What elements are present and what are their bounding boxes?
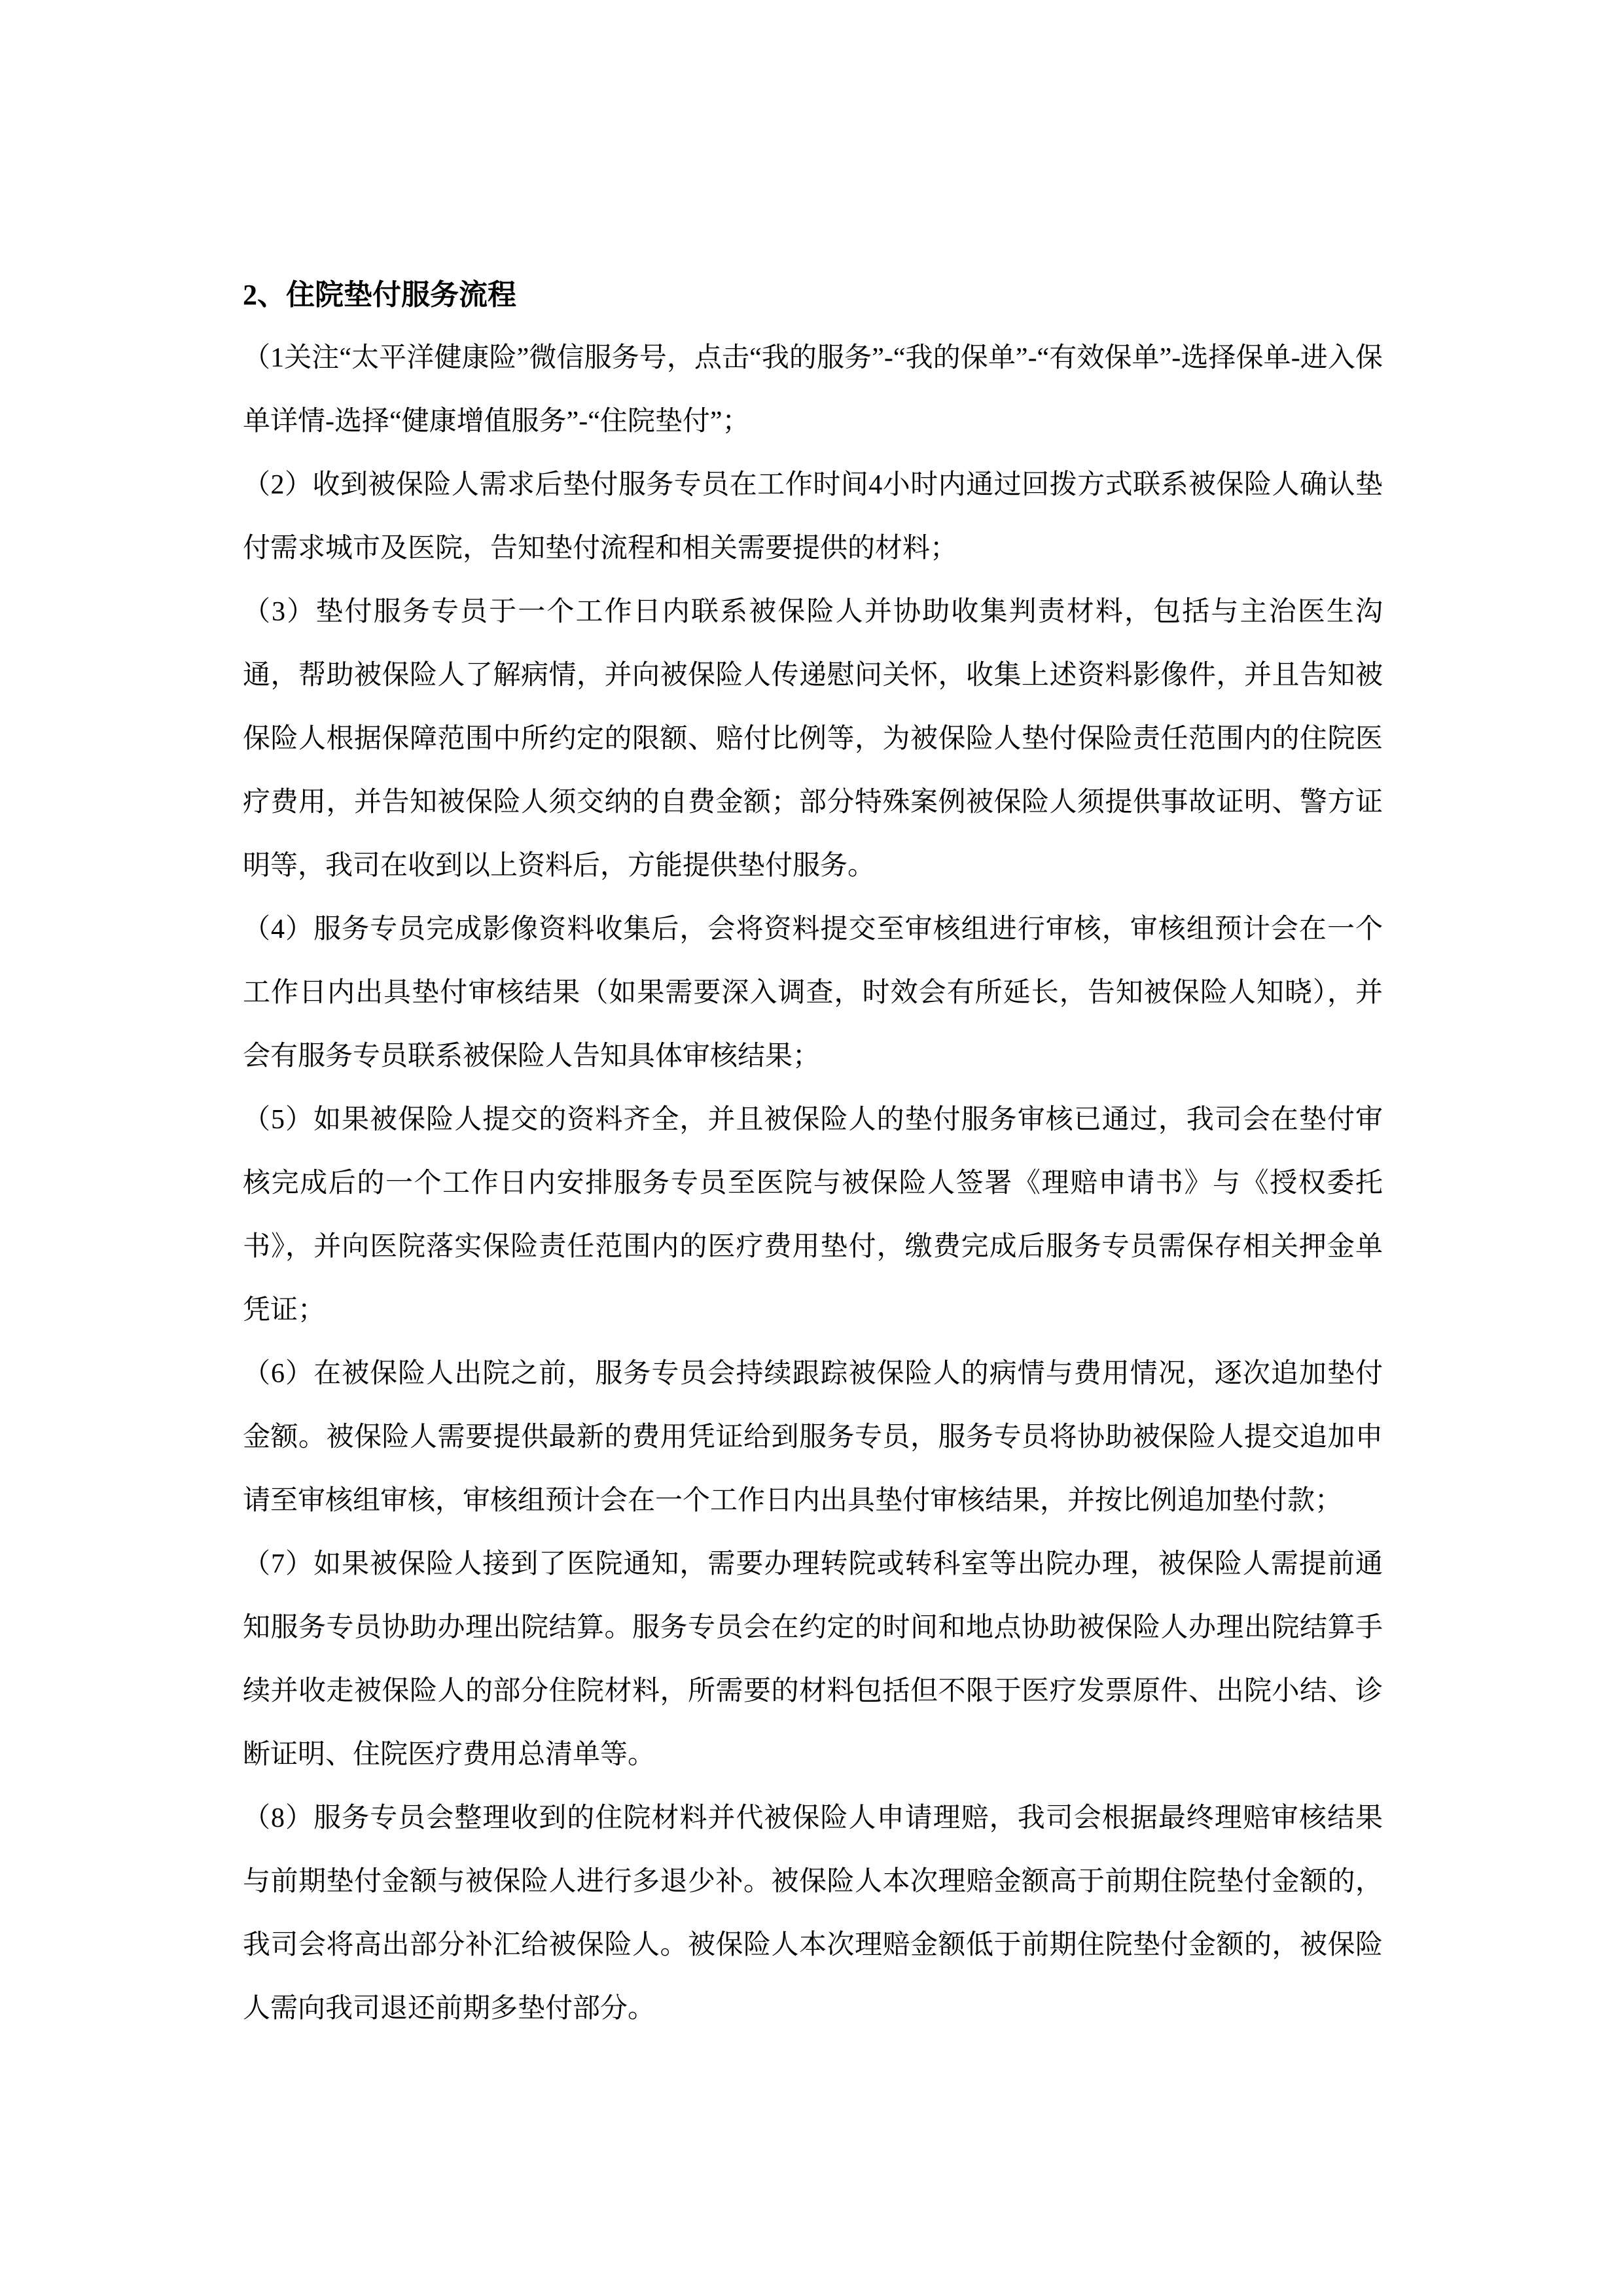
paragraph-step-2: （2）收到被保险人需求后垫付服务专员在工作时间4小时内通过回拨方式联系被保险人确…	[243, 454, 1383, 581]
document-content: 2、住院垫付服务流程 （1关注“太平洋健康险”微信服务号，点击“我的服务”-“我…	[243, 263, 1383, 2041]
paragraph-step-1: （1关注“太平洋健康险”微信服务号，点击“我的服务”-“我的保单”-“有效保单”…	[243, 327, 1383, 454]
page-title: 2、住院垫付服务流程	[243, 263, 1383, 327]
paragraph-step-6: （6）在被保险人出院之前，服务专员会持续跟踪被保险人的病情与费用情况，逐次追加垫…	[243, 1342, 1383, 1533]
document-page: 2、住院垫付服务流程 （1关注“太平洋健康险”微信服务号，点击“我的服务”-“我…	[0, 0, 1623, 2296]
paragraph-step-4: （4）服务专员完成影像资料收集后，会将资料提交至审核组进行审核，审核组预计会在一…	[243, 898, 1383, 1088]
paragraph-step-5: （5）如果被保险人提交的资料齐全，并且被保险人的垫付服务审核已通过，我司会在垫付…	[243, 1088, 1383, 1342]
paragraph-step-7: （7）如果被保险人接到了医院通知，需要办理转院或转科室等出院办理，被保险人需提前…	[243, 1533, 1383, 1787]
paragraph-step-3: （3）垫付服务专员于一个工作日内联系被保险人并协助收集判责材料，包括与主治医生沟…	[243, 581, 1383, 898]
paragraph-step-8: （8）服务专员会整理收到的住院材料并代被保险人申请理赔，我司会根据最终理赔审核结…	[243, 1787, 1383, 2041]
